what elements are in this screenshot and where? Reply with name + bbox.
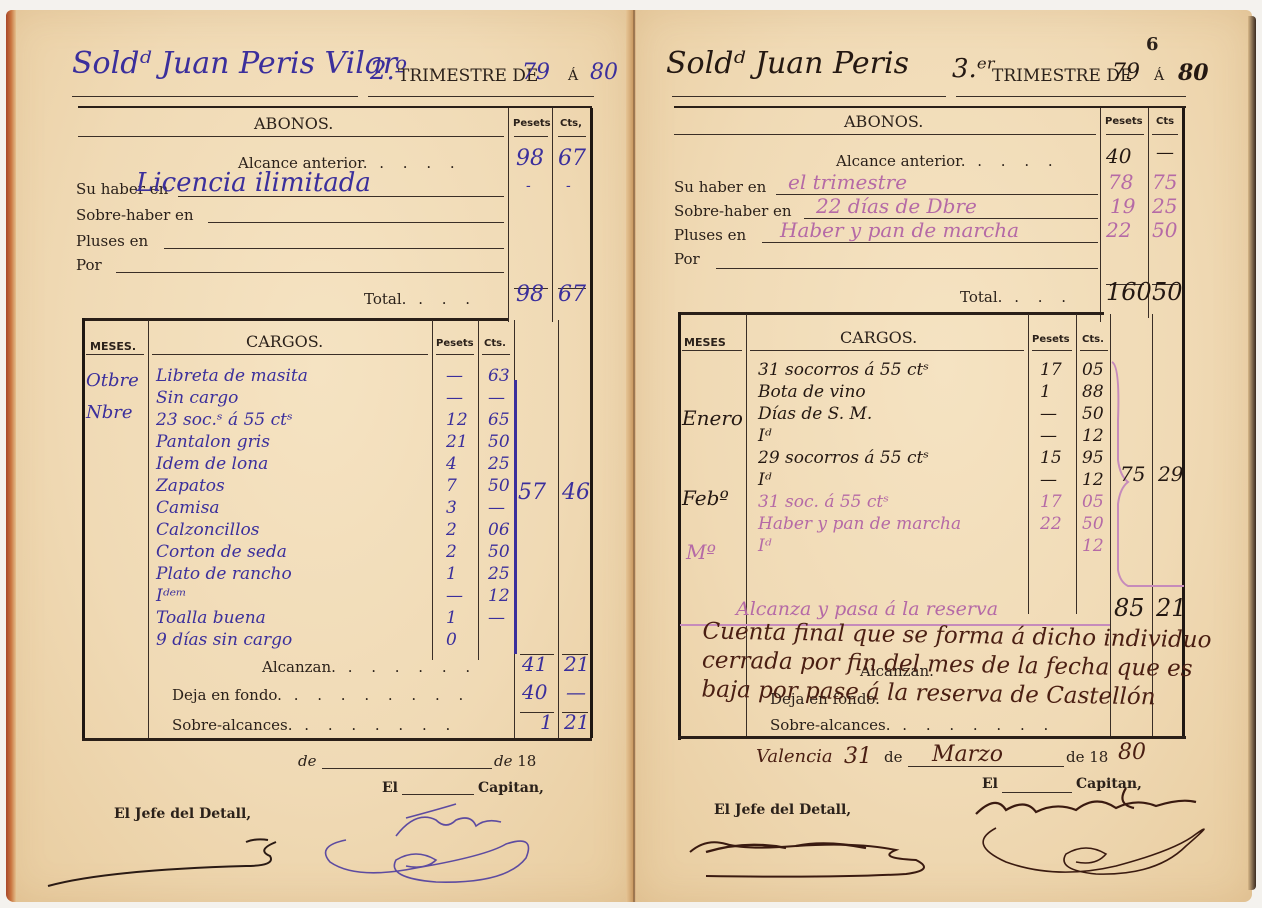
- cargo-description: Libreta de masita: [156, 366, 308, 386]
- cargo-description: Haber y pan de marcha: [758, 514, 961, 534]
- cargo-description: Bota de vino: [758, 382, 866, 402]
- cargo-cts: 88: [1082, 382, 1104, 402]
- alcance-anterior-pesetas: 98: [516, 146, 544, 171]
- cargo-description: Plato de rancho: [156, 564, 292, 584]
- subtotal-pesetas: 57: [518, 480, 546, 505]
- final-pesetas: 85: [1114, 594, 1145, 622]
- year-from: 79: [522, 60, 550, 85]
- total-cts: 67: [558, 282, 586, 307]
- cargo-pesetas: 7: [446, 476, 457, 496]
- col-cts: Cts,: [560, 118, 582, 129]
- cargo-cts: 12: [1082, 470, 1104, 490]
- cargo-pesetas: 2: [446, 520, 457, 540]
- cargo-description: Sin cargo: [156, 388, 238, 408]
- final-note: Alcanza y pasa á la reserva: [736, 598, 998, 620]
- cargo-pesetas: 1: [1040, 382, 1051, 402]
- open-pay-book: Soldᵈ Juan Peris Vilar 2.º TRIMESTRE DE …: [6, 10, 1256, 902]
- soldier-name: Soldᵈ Juan Peris Vilar: [72, 46, 397, 81]
- capitan-label: Capitan,: [478, 780, 544, 796]
- cargo-pesetas: 0: [446, 630, 457, 650]
- cargo-cts: 12: [488, 586, 510, 606]
- final-cts: 21: [1156, 594, 1187, 622]
- cargo-cts: 95: [1082, 448, 1104, 468]
- cargo-description: 23 soc.ˢ á 55 ctˢ: [156, 410, 293, 430]
- cargo-cts: —: [488, 388, 505, 408]
- cargo-pesetas: —: [446, 388, 463, 408]
- total-label: Total. . . .: [364, 290, 477, 308]
- cargo-cts: 06: [488, 520, 510, 540]
- sobre-haber-label: Sobre-haber en: [76, 206, 194, 224]
- cargo-description: 31 socorros á 55 ctˢ: [758, 360, 929, 380]
- cargo-description: Zapatos: [156, 476, 225, 496]
- cargo-description: Camisa: [156, 498, 220, 518]
- cargo-pesetas: —: [446, 366, 463, 386]
- cargos-title: CARGOS.: [246, 332, 323, 351]
- cargo-pesetas: 1: [446, 564, 457, 584]
- capitan-signature: [306, 800, 556, 890]
- deja-en-fondo-label: Deja en fondo. . . . . . . . .: [172, 686, 470, 704]
- month-nbre: Nbre: [86, 402, 133, 423]
- cargo-cts: 05: [1082, 492, 1104, 512]
- subtotal-cts-right: 29: [1158, 462, 1183, 486]
- soldier-name-right: Soldᵈ Juan Peris: [666, 46, 909, 81]
- cargo-description: Iᵈ: [758, 426, 772, 446]
- cargo-pesetas: 4: [446, 454, 457, 474]
- cargo-description: Corton de seda: [156, 542, 287, 562]
- book-cover-edge: [6, 10, 16, 902]
- cargo-pesetas: —: [1040, 470, 1057, 490]
- cargo-cts: 12: [1082, 426, 1104, 446]
- deja-pesetas: 40: [522, 680, 547, 704]
- capitan-signature-right: [966, 784, 1216, 884]
- jefe-signature-right: [686, 830, 946, 890]
- trimester-label: TRIMESTRE DE: [398, 66, 538, 86]
- sobre-cts: 21: [564, 710, 589, 734]
- cargo-pesetas: 3: [446, 498, 457, 518]
- total-pesetas: 98: [516, 282, 544, 307]
- bracket-line: [514, 380, 517, 654]
- cargo-cts: 12: [1082, 536, 1104, 556]
- cargo-cts: 50: [488, 432, 510, 452]
- cargo-cts: —: [488, 608, 505, 628]
- cargo-pesetas: 17: [1040, 360, 1062, 380]
- pluses-label: Pluses en: [76, 232, 148, 250]
- cargo-cts: —: [488, 498, 505, 518]
- place: Valencia: [756, 746, 833, 767]
- page-number: 6: [1146, 34, 1159, 55]
- month-otbre: Otbre: [86, 370, 139, 391]
- cargo-pesetas: 1: [446, 608, 457, 628]
- cargo-description: 9 días sin cargo: [156, 630, 292, 650]
- abonos-title: ABONOS.: [254, 114, 333, 133]
- right-page: 6 Soldᵈ Juan Peris 3.ᵉʳ TRIMESTRE DE 79 …: [636, 10, 1252, 902]
- cargo-pesetas: 12: [446, 410, 468, 430]
- alcanzan-pesetas: 41: [522, 652, 547, 676]
- year-separator: Á: [568, 68, 578, 84]
- subtotal-cts: 46: [562, 480, 590, 505]
- cargo-pesetas: —: [446, 586, 463, 606]
- closing-note: Cuenta final que se forma á dicho indivi…: [701, 617, 1222, 713]
- col-meses: MESES.: [90, 340, 136, 353]
- year-from-right: 79: [1112, 60, 1140, 85]
- year-suffix: 80: [1118, 740, 1146, 765]
- year-to-right: 80: [1178, 60, 1209, 86]
- total-cts-right: 50: [1152, 278, 1183, 306]
- cargo-description: Iᵈᵉᵐ: [156, 586, 187, 606]
- jefe-detall-label: El Jefe del Detall,: [114, 806, 251, 822]
- cargo-description: Iᵈ: [758, 536, 772, 556]
- cargo-description: Toalla buena: [156, 608, 266, 628]
- cargo-pesetas: 22: [1040, 514, 1062, 534]
- col-pesetas: Pesets: [513, 118, 551, 129]
- cargo-pesetas: 21: [446, 432, 468, 452]
- jefe-signature: [46, 830, 286, 890]
- cargo-description: Calzoncillos: [156, 520, 260, 540]
- cargo-cts: 50: [488, 476, 510, 496]
- cargo-pesetas: 17: [1040, 492, 1062, 512]
- cargo-cts: 50: [1082, 404, 1104, 424]
- month-enero: Enero: [682, 406, 743, 430]
- cargo-description: Idem de lona: [156, 454, 268, 474]
- cargo-description: 31 soc. á 55 ctˢ: [758, 492, 889, 512]
- subtotal-pesetas-right: 75: [1120, 462, 1145, 486]
- cargo-cts: 50: [1082, 514, 1104, 534]
- sobre-pesetas: 1: [540, 710, 553, 734]
- cargo-cts: 05: [1082, 360, 1104, 380]
- trimester-ordinal-right: 3.ᵉʳ: [952, 54, 996, 84]
- cargo-cts: 25: [488, 564, 510, 584]
- deja-cts: —: [566, 680, 586, 704]
- por-label: Por: [76, 256, 102, 274]
- cargo-description: 29 socorros á 55 ctˢ: [758, 448, 929, 468]
- cargo-description: Días de S. M.: [758, 404, 872, 424]
- alcanzan-label: Alcanzan. . . . . . .: [262, 658, 477, 676]
- total-pesetas-right: 160: [1106, 278, 1152, 306]
- day: 31: [844, 744, 872, 769]
- cargo-pesetas: 2: [446, 542, 457, 562]
- cargo-description: Iᵈ: [758, 470, 772, 490]
- sobre-alcances-label: Sobre-alcances. . . . . . . .: [172, 716, 457, 734]
- month: Marzo: [932, 742, 1003, 767]
- cargo-pesetas: 15: [1040, 448, 1062, 468]
- cargo-cts: 65: [488, 410, 510, 430]
- cargo-pesetas: —: [1040, 404, 1057, 424]
- cargo-description: Pantalon gris: [156, 432, 270, 452]
- cargo-cts: 50: [488, 542, 510, 562]
- alcance-anterior-cts: 67: [558, 146, 586, 171]
- su-haber-note: Licencia ilimitada: [136, 168, 371, 198]
- month-febrero: Febº: [682, 486, 729, 510]
- book-cover-edge-right: [1248, 16, 1256, 890]
- cargo-cts: 25: [488, 454, 510, 474]
- cargo-pesetas: —: [1040, 426, 1057, 446]
- alcanzan-cts: 21: [564, 652, 589, 676]
- year-to: 80: [590, 60, 618, 85]
- date-line: de 18: [494, 752, 536, 770]
- cargo-cts: 63: [488, 366, 510, 386]
- left-page: Soldᵈ Juan Peris Vilar 2.º TRIMESTRE DE …: [6, 10, 632, 902]
- month-marzo: Mº: [686, 540, 716, 564]
